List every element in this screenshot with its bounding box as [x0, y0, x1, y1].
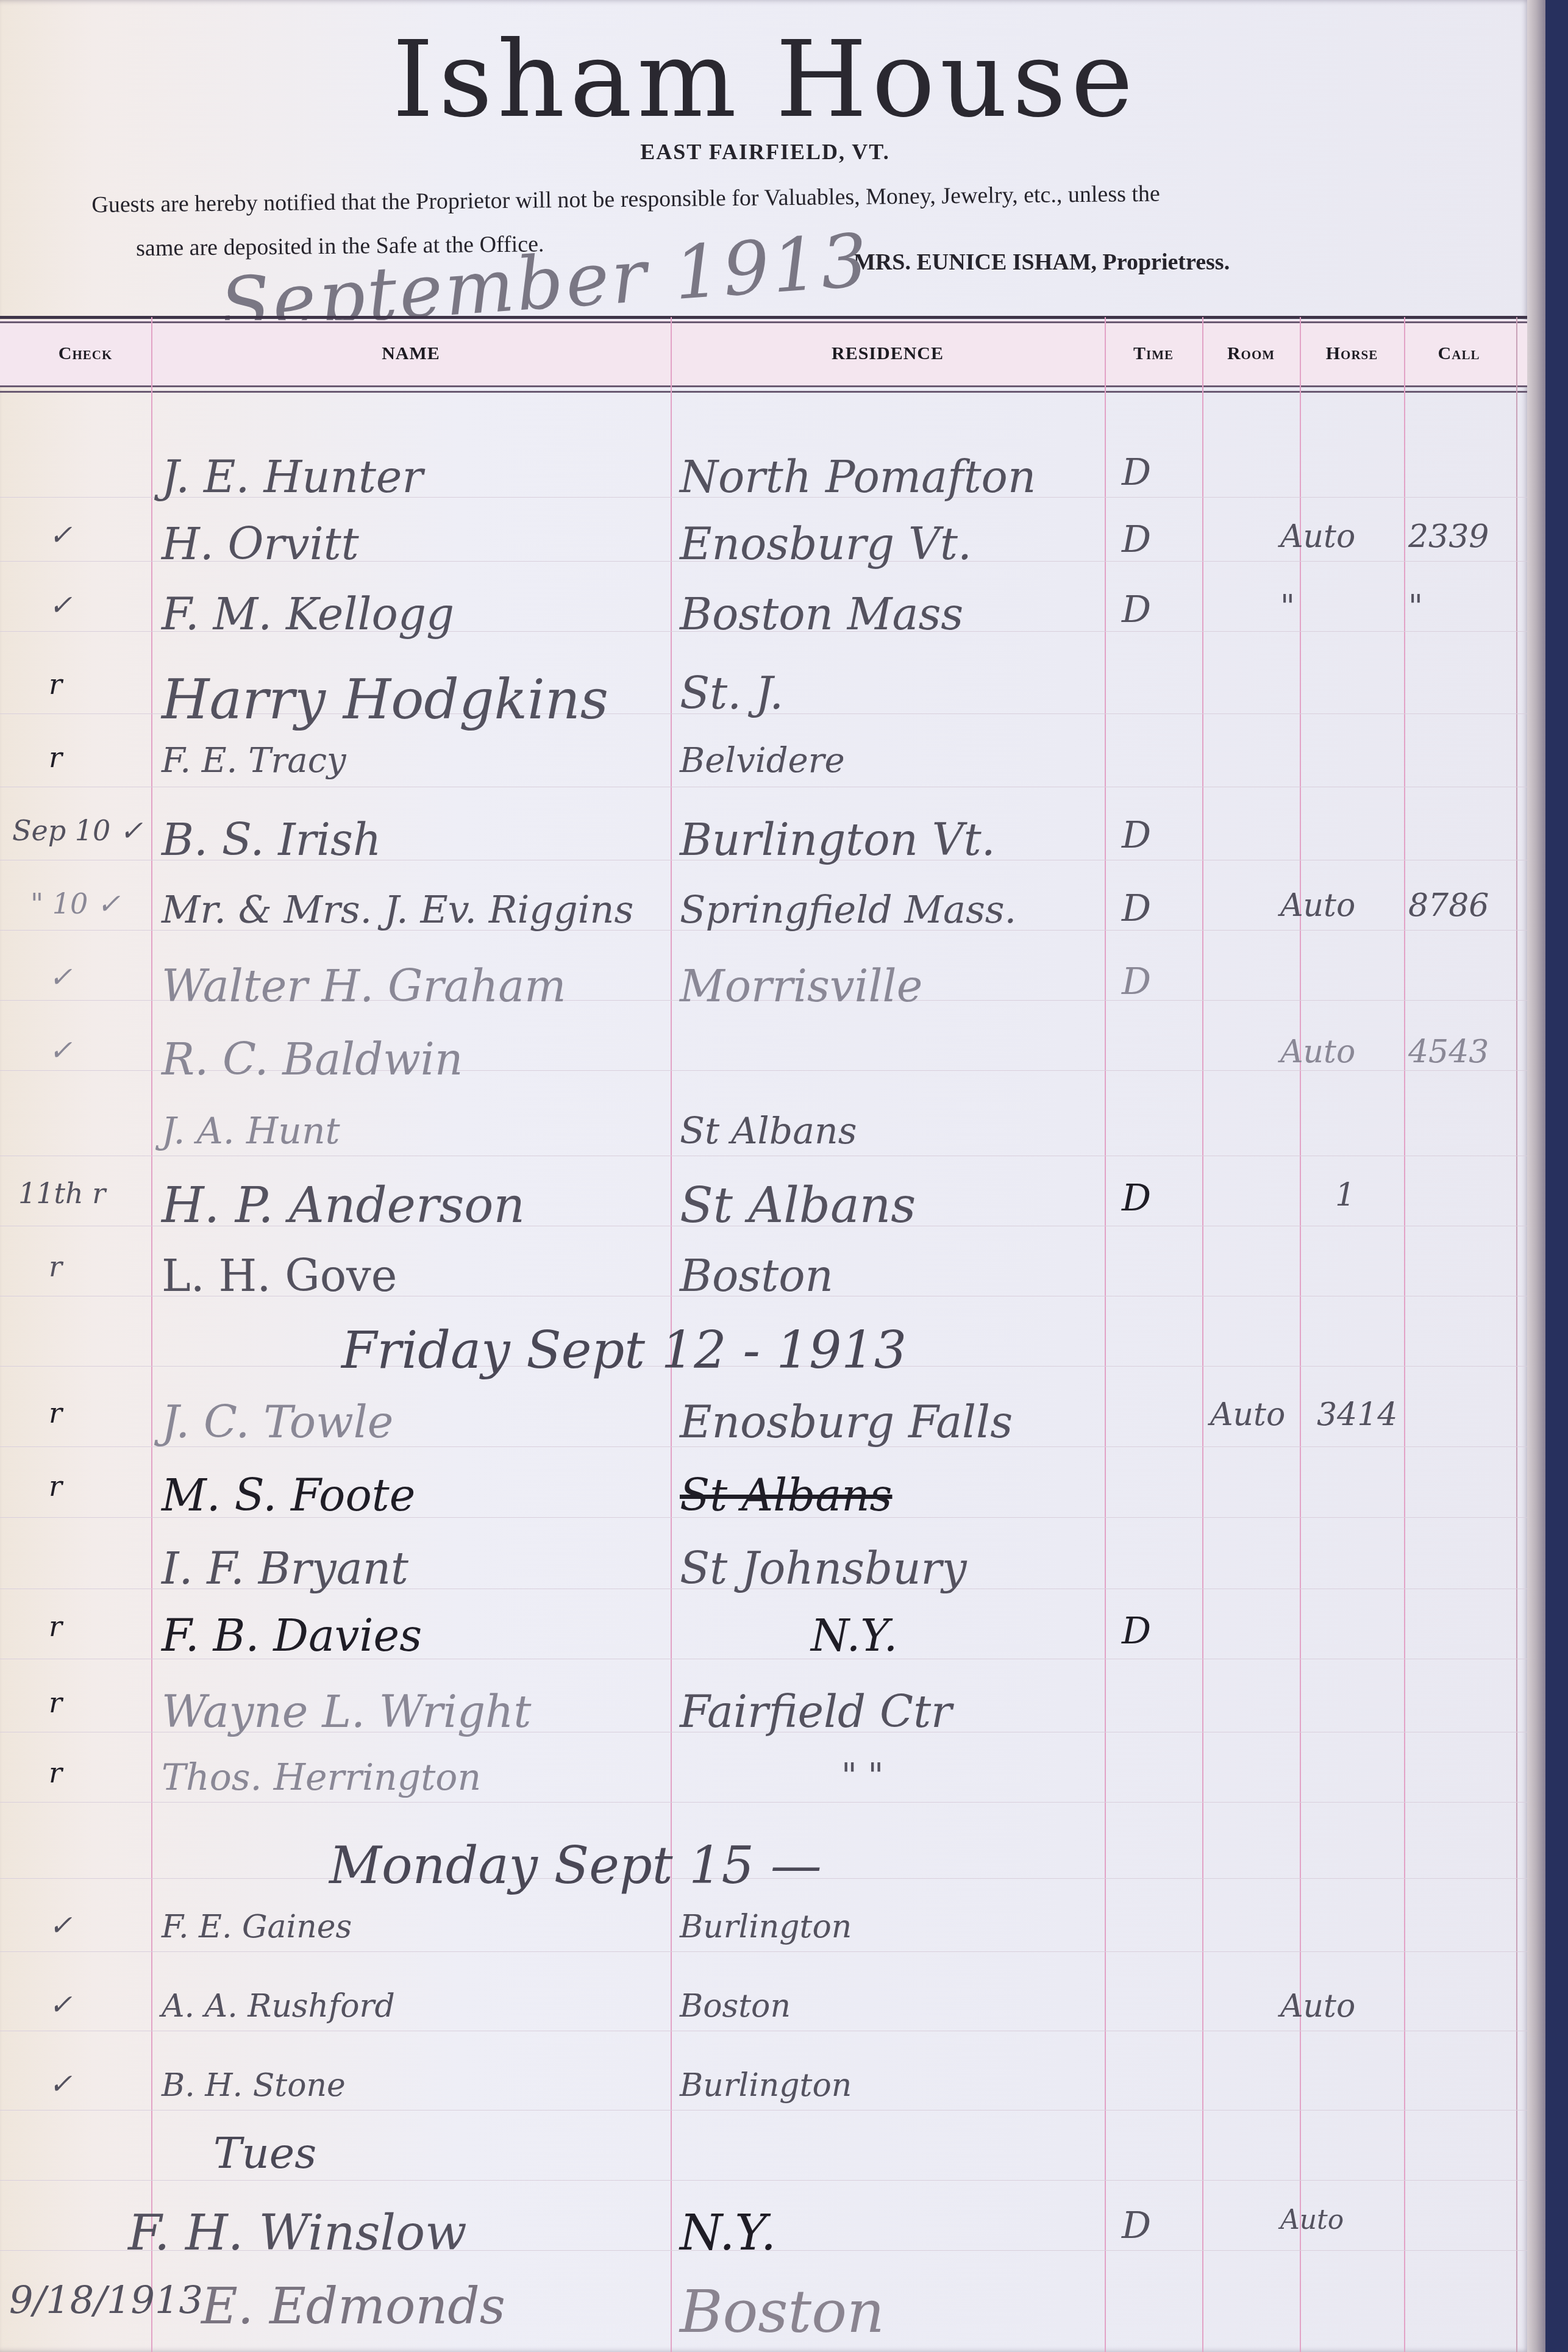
guest-residence: Belvidere	[680, 741, 845, 781]
register-row: Sep 10 ✓ B. S. Irish Burlington Vt. D	[0, 814, 1527, 815]
check-mark: r	[49, 1470, 62, 1503]
check-mark: " 10 ✓	[30, 887, 120, 920]
guest-name: B. H. Stone	[162, 2067, 346, 2104]
check-mark: ✓	[49, 518, 73, 551]
register-row: 11th r H. P. Anderson St Albans D 1	[0, 1177, 1527, 1178]
register-row: J. E. Hunter North Pomafton D	[0, 451, 1527, 452]
register-row: r L. H. Gove Boston	[0, 1250, 1527, 1251]
col-rule-horse	[1404, 317, 1405, 2352]
check-mark: 11th r	[18, 1177, 105, 1210]
guest-call: 2339	[1408, 518, 1489, 555]
register-row: ✓ A. A. Rushford Boston Auto	[0, 1988, 1527, 1989]
col-rule-check	[151, 317, 152, 2352]
guest-residence: Burlington Vt.	[680, 814, 996, 865]
guest-room: 1	[1335, 1177, 1355, 1214]
guest-call: "	[1408, 588, 1423, 625]
guest-residence: Boston Mass	[680, 588, 963, 640]
colhead-check: Check	[37, 343, 134, 364]
register-row: r F. B. Davies N.Y. D	[0, 1610, 1527, 1610]
guest-horse: Auto	[1280, 1988, 1355, 2025]
colhead-name: NAME	[151, 343, 671, 364]
guest-time: D	[1122, 960, 1151, 1003]
guest-residence: St Johnsbury	[680, 1543, 967, 1594]
register-row: ✓ Walter H. Graham Morrisville D	[0, 960, 1527, 961]
date-divider-monday: Monday Sept 15 —	[329, 1835, 822, 1895]
guest-horse: Auto	[1280, 887, 1355, 924]
register-row: ✓ B. H. Stone Burlington	[0, 2067, 1527, 2068]
check-mark: r	[49, 1250, 62, 1283]
guest-name: R. C. Baldwin	[162, 1034, 463, 1085]
check-mark: r	[49, 741, 62, 774]
guest-name: M. S. Foote	[162, 1470, 415, 1521]
colhead-horse: Horse	[1300, 343, 1404, 364]
col-rule-time	[1202, 317, 1203, 2352]
hotel-title: IshamHouse	[0, 18, 1530, 141]
guest-time: D	[1122, 887, 1151, 930]
guest-name: L. H. Gove	[162, 1250, 397, 1301]
ruled-line	[0, 1951, 1527, 1952]
check-mark: ✓	[49, 2067, 73, 2100]
register-page: IshamHouse EAST FAIRFIELD, VT. Guests ar…	[0, 0, 1530, 2352]
guest-residence: St Albans	[680, 1470, 893, 1521]
ruled-line	[0, 2110, 1527, 2111]
check-mark: r	[49, 1396, 62, 1429]
register-row: 9/18/1913 E. Edmonds Boston	[0, 2278, 1527, 2278]
title-word-house: House	[775, 18, 1138, 141]
guest-name: J. C. Towle	[162, 1396, 393, 1448]
ruled-line	[0, 1156, 1527, 1156]
guest-name: Thos. Herrington	[162, 1756, 481, 1799]
guest-name: J. E. Hunter	[162, 451, 423, 502]
register-row: r J. C. Towle Enosburg Falls Auto 3414	[0, 1396, 1527, 1397]
guest-name: H. Orvitt	[162, 518, 359, 570]
check-mark: ✓	[49, 1988, 73, 2021]
guest-call: 4543	[1408, 1034, 1489, 1070]
guest-residence: St Albans	[680, 1177, 916, 1234]
register-row: I. F. Bryant St Johnsbury	[0, 1543, 1527, 1543]
guest-call: 3414	[1317, 1396, 1397, 1433]
guest-horse: Auto	[1210, 1396, 1285, 1433]
guest-residence: St Albans	[680, 1110, 857, 1153]
guest-name: Mr. & Mrs. J. Ev. Riggins	[162, 887, 633, 932]
guest-horse: "	[1280, 588, 1295, 625]
guest-time: D	[1122, 1610, 1151, 1653]
guest-residence: Boston	[680, 1250, 833, 1301]
guest-residence: Boston	[680, 2278, 885, 2346]
guest-residence: Enosburg Vt.	[680, 518, 972, 570]
check-mark: r	[49, 1610, 62, 1643]
colhead-residence: RESIDENCE	[671, 343, 1105, 364]
register-row: r F. E. Tracy Belvidere	[0, 741, 1527, 742]
guest-residence: Springfield Mass.	[680, 887, 1016, 932]
guest-name: F. H. Winslow	[128, 2204, 467, 2261]
colhead-call: Call	[1404, 343, 1514, 364]
book-binding	[1545, 0, 1568, 2352]
check-date: 9/18/1913	[9, 2278, 203, 2322]
header-bottom-rule-2	[0, 391, 1527, 393]
guest-call: 8786	[1408, 887, 1489, 924]
register-row: J. A. Hunt St Albans	[0, 1110, 1527, 1110]
page-edge	[1527, 0, 1545, 2352]
check-mark: r	[49, 668, 62, 701]
guest-residence: " "	[841, 1756, 883, 1796]
guest-horse: Auto	[1280, 1034, 1355, 1070]
guest-time: D	[1122, 451, 1151, 494]
guest-name: F. E. Gaines	[162, 1909, 352, 1945]
register-row: ✓ H. Orvitt Enosburg Vt. D Auto 2339	[0, 518, 1527, 519]
guest-horse: Auto	[1280, 2204, 1344, 2236]
guest-name: F. E. Tracy	[162, 741, 346, 781]
guest-residence: N.Y.	[680, 2204, 776, 2261]
header-top-rule-2	[0, 321, 1527, 323]
col-rule-room	[1300, 317, 1301, 2352]
register-row: " 10 ✓ Mr. & Mrs. J. Ev. Riggins Springf…	[0, 887, 1527, 888]
guest-name: B. S. Irish	[162, 814, 381, 865]
guest-name: F. M. Kellogg	[162, 588, 454, 640]
guest-time: D	[1122, 2204, 1151, 2247]
guest-name: Wayne L. Wright	[162, 1686, 531, 1737]
register-row: r Thos. Herrington " "	[0, 1756, 1527, 1757]
header-top-rule	[0, 316, 1527, 319]
register-row: ✓ F. E. Gaines Burlington	[0, 1909, 1527, 1909]
guest-time: D	[1122, 518, 1151, 561]
ruled-line	[0, 2031, 1527, 2031]
guest-residence: Burlington	[680, 2067, 852, 2104]
register-row: ✓ R. C. Baldwin Auto 4543	[0, 1034, 1527, 1034]
register-row: r Wayne L. Wright Fairfield Ctr	[0, 1686, 1527, 1687]
guest-residence: Enosburg Falls	[680, 1396, 1013, 1448]
check-mark: ✓	[49, 1909, 73, 1942]
guest-name: A. A. Rushford	[162, 1988, 395, 2025]
colhead-time: Time	[1105, 343, 1202, 364]
guest-residence: North Pomafton	[680, 451, 1036, 502]
guest-residence: Boston	[680, 1988, 791, 2025]
date-divider-friday: Friday Sept 12 - 1913	[341, 1320, 907, 1380]
register-row: ✓ F. M. Kellogg Boston Mass D " "	[0, 588, 1527, 589]
guest-residence: St. J.	[680, 668, 783, 719]
guest-time: D	[1122, 588, 1151, 631]
register-row: r Harry Hodgkins St. J.	[0, 668, 1527, 668]
guest-name: E. Edmonds	[201, 2278, 505, 2336]
guest-time: D	[1122, 1177, 1151, 1220]
guest-name: I. F. Bryant	[162, 1543, 408, 1594]
hotel-location: EAST FAIRFIELD, VT.	[0, 139, 1530, 165]
check-mark: r	[49, 1686, 62, 1719]
guest-name: Walter H. Graham	[162, 960, 566, 1012]
ruled-line	[0, 787, 1527, 787]
guest-time: D	[1122, 814, 1151, 857]
check-mark: Sep 10 ✓	[12, 814, 143, 847]
guest-name: F. B. Davies	[162, 1610, 422, 1661]
register-row: r M. S. Foote St Albans	[0, 1470, 1527, 1470]
check-mark: ✓	[49, 1034, 73, 1067]
ruled-line	[0, 2180, 1527, 2181]
guest-name: J. A. Hunt	[162, 1110, 340, 1153]
date-divider-tuesday: Tues	[213, 2128, 316, 2178]
title-word-isham: Isham	[392, 18, 741, 141]
guest-residence: Fairfield Ctr	[680, 1686, 952, 1737]
check-mark: r	[49, 1756, 62, 1789]
guest-name: H. P. Anderson	[162, 1177, 525, 1234]
col-rule-residence	[1105, 317, 1106, 2352]
guest-residence: Burlington	[680, 1909, 852, 1945]
col-rule-call	[1516, 317, 1517, 2352]
proprietress-line: MRS. EUNICE ISHAM, Proprietress.	[853, 249, 1230, 276]
guest-residence: Morrisville	[680, 960, 922, 1012]
ruled-line	[0, 1802, 1527, 1803]
header-bottom-rule	[0, 385, 1527, 387]
guest-horse: Auto	[1280, 518, 1355, 555]
register-row: F. H. Winslow N.Y. D Auto	[0, 2204, 1527, 2205]
guest-name: Harry Hodgkins	[162, 668, 608, 732]
guest-residence: N.Y.	[811, 1610, 897, 1661]
check-mark: ✓	[49, 588, 73, 621]
colhead-room: Room	[1202, 343, 1300, 364]
check-mark: ✓	[49, 960, 73, 993]
